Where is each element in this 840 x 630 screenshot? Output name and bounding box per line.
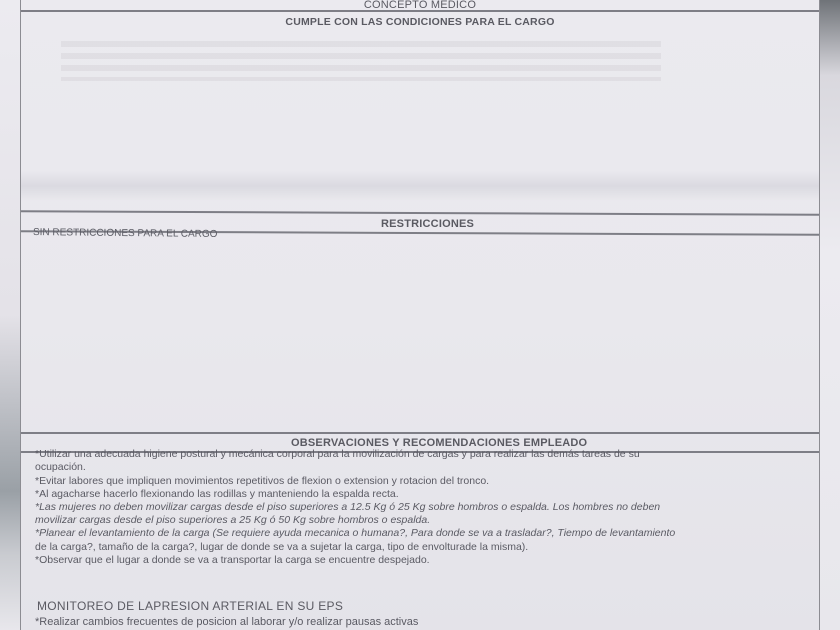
observation-line: *Planear el levantamiento de la carga (S…: [35, 527, 675, 539]
concepto-medico-heading: CONCEPTO MÉDICO: [21, 0, 819, 11]
concepto-medico-value: CUMPLE CON LAS CONDICIONES PARA EL CARGO: [21, 16, 819, 28]
background-left-edge: [0, 0, 22, 630]
paper-fold-shadow: [21, 171, 819, 201]
document-page: CONCEPTO MÉDICO CUMPLE CON LAS CONDICION…: [20, 0, 820, 630]
observation-line: *Realizar cambios frecuentes de posicion…: [35, 616, 418, 628]
observation-line: *Evitar labores que impliquen movimiento…: [35, 475, 489, 487]
observation-line: ocupación.: [35, 461, 86, 473]
observation-line: movilizar cargas desde el piso superiore…: [35, 514, 430, 526]
divider: [21, 432, 819, 434]
observation-line: *Utilizar una adecuada higiene postural …: [35, 448, 640, 460]
restricciones-heading: RESTRICCIONES: [381, 218, 474, 230]
observation-line: de la carga?, tamaño de la carga?, lugar…: [35, 541, 528, 553]
observation-line: *Observar que el lugar a donde se va a t…: [35, 554, 430, 566]
restricciones-value: SIN RESTRICCIONES PARA EL CARGO: [33, 227, 218, 240]
bleed-through-text: [61, 41, 661, 81]
divider: [21, 210, 819, 215]
monitoreo-heading: MONITOREO DE LAPRESION ARTERIAL EN SU EP…: [37, 599, 343, 613]
observation-line: *Las mujeres no deben movilizar cargas d…: [35, 501, 660, 513]
observation-line: *Al agacharse hacerlo flexionando las ro…: [35, 488, 399, 500]
